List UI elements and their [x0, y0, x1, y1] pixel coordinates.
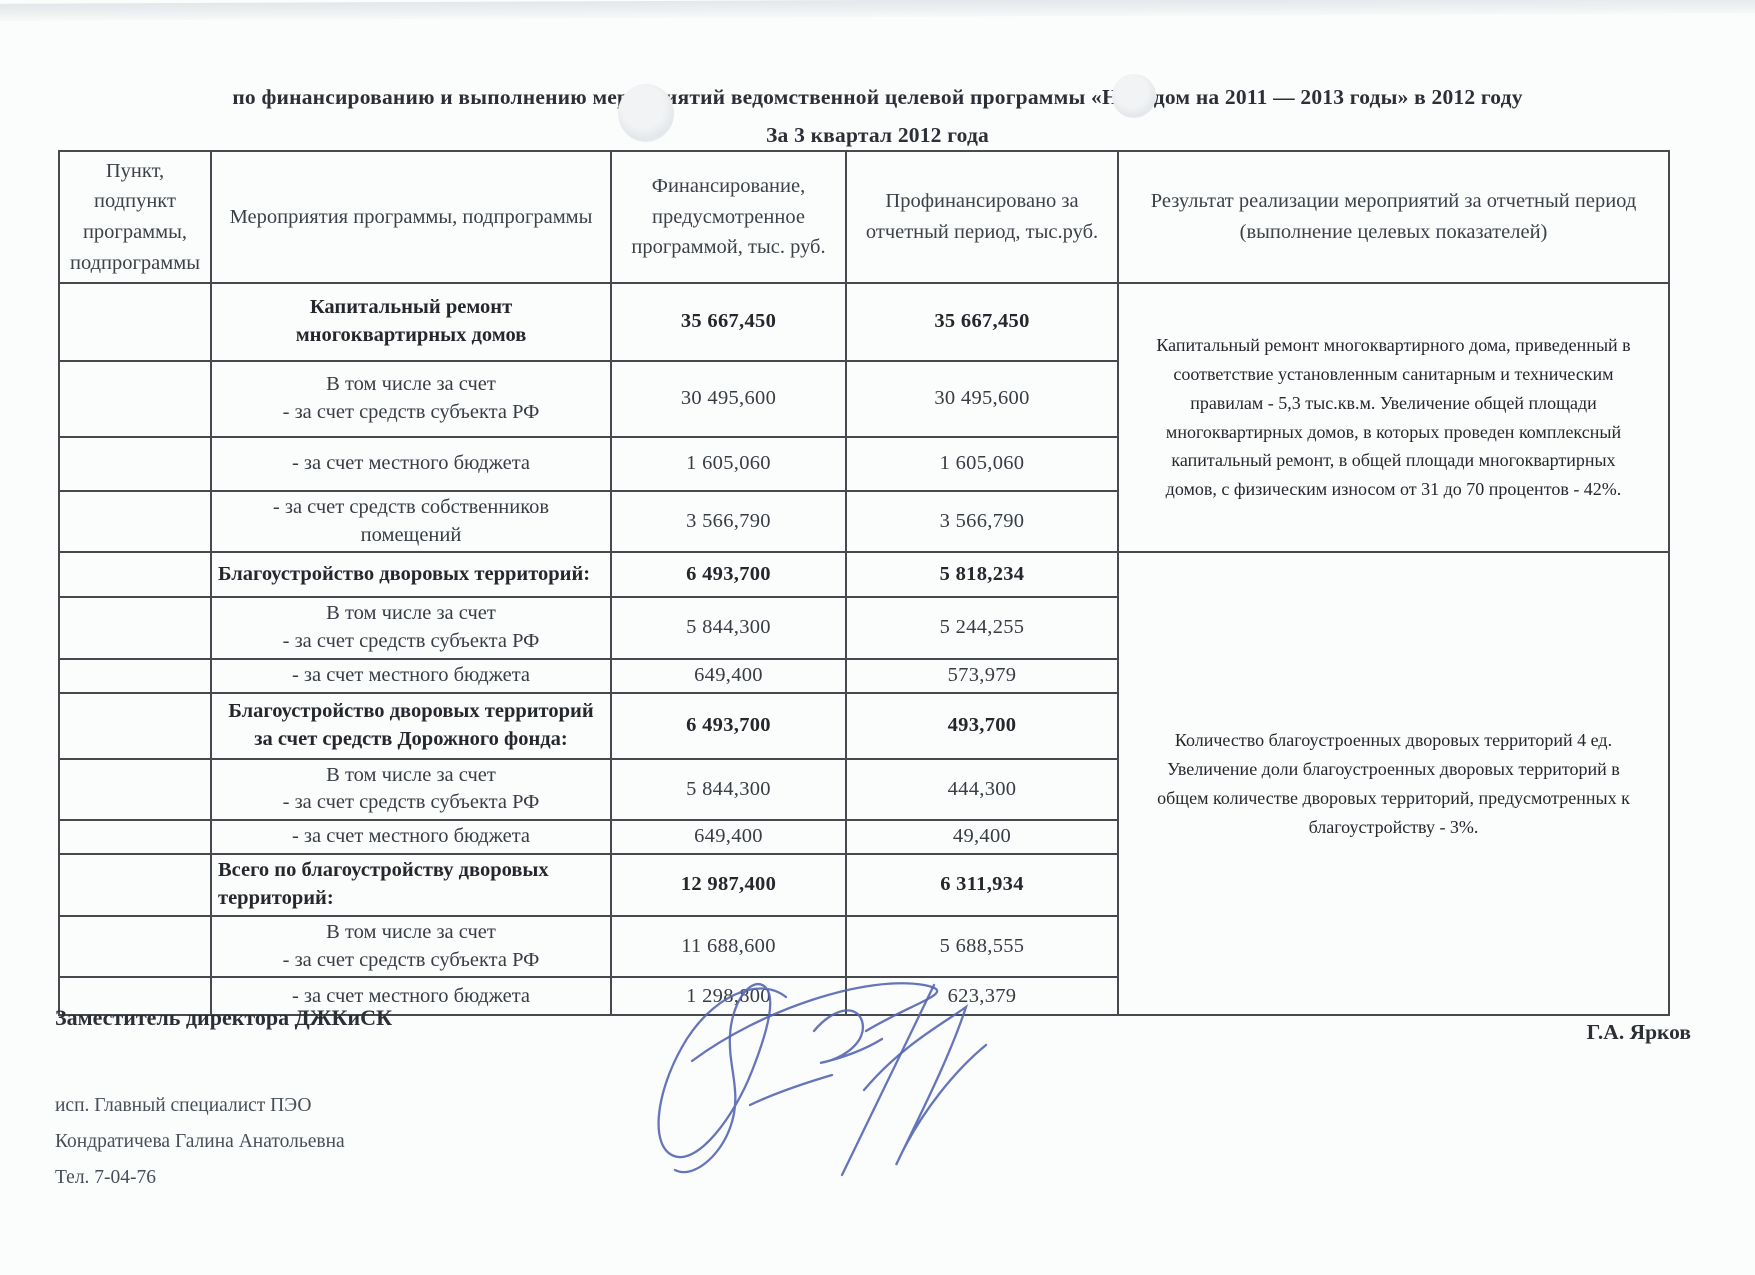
activity-cell: В том числе за счет - за счет средств су…	[211, 759, 611, 820]
planned-cell: 11 688,600	[611, 916, 846, 977]
item-cell	[59, 693, 211, 759]
executor-title: исп. Главный специалист ПЭО	[55, 1088, 345, 1124]
item-cell	[59, 854, 211, 916]
result-cell: Количество благоустроенных дворовых терр…	[1118, 552, 1669, 1015]
result-cell: Капитальный ремонт многоквартирного дома…	[1118, 283, 1669, 552]
planned-cell: 1 298,800	[611, 977, 846, 1015]
planned-cell: 30 495,600	[611, 361, 846, 437]
scanned-report-page: { "header": { "title_line1": "по финанси…	[0, 0, 1755, 1275]
activity-cell: Капитальный ремонт многоквартирных домов	[211, 283, 611, 361]
item-cell	[59, 491, 211, 552]
table-row: Капитальный ремонт многоквартирных домов…	[59, 283, 1669, 361]
financed-cell: 6 311,934	[846, 854, 1118, 916]
activity-cell: Всего по благоустройству дворовых террит…	[211, 854, 611, 916]
hole-punch-icon	[1112, 74, 1156, 118]
activity-cell: - за счет местного бюджета	[211, 820, 611, 854]
executor-phone: Тел. 7-04-76	[55, 1160, 345, 1196]
activity-cell: В том числе за счет - за счет средств су…	[211, 361, 611, 437]
activity-cell: В том числе за счет - за счет средств су…	[211, 597, 611, 658]
planned-cell: 35 667,450	[611, 283, 846, 361]
planned-cell: 6 493,700	[611, 552, 846, 597]
activity-cell: Благоустройство дворовых территорий за с…	[211, 693, 611, 759]
signer-role-label: Заместитель директора ДЖКиСК	[55, 1005, 392, 1031]
executor-block: исп. Главный специалист ПЭО Кондратичева…	[55, 1088, 345, 1196]
planned-cell: 3 566,790	[611, 491, 846, 552]
planned-cell: 649,400	[611, 659, 846, 693]
financed-cell: 493,700	[846, 693, 1118, 759]
planned-cell: 1 605,060	[611, 437, 846, 491]
column-header-result: Результат реализации мероприятий за отче…	[1118, 151, 1669, 283]
planned-cell: 12 987,400	[611, 854, 846, 916]
table-row: Благоустройство дворовых территорий: 6 4…	[59, 552, 1669, 597]
activity-cell: Благоустройство дворовых территорий:	[211, 552, 611, 597]
financed-cell: 49,400	[846, 820, 1118, 854]
item-cell	[59, 759, 211, 820]
column-header-item: Пункт, подпункт программы, подпрограммы	[59, 151, 211, 283]
table-header-row: Пункт, подпункт программы, подпрограммы …	[59, 151, 1669, 283]
financed-cell: 35 667,450	[846, 283, 1118, 361]
activity-cell: - за счет местного бюджета	[211, 437, 611, 491]
planned-cell: 5 844,300	[611, 597, 846, 658]
item-cell	[59, 597, 211, 658]
activity-cell: - за счет местного бюджета	[211, 659, 611, 693]
item-cell	[59, 361, 211, 437]
signer-name-label: Г.А. Ярков	[1587, 1020, 1691, 1045]
planned-cell: 649,400	[611, 820, 846, 854]
activity-cell: В том числе за счет - за счет средств су…	[211, 916, 611, 977]
scan-edge-artifact	[0, 0, 1755, 21]
hole-punch-icon	[618, 84, 674, 142]
activity-cell: - за счет средств собственников помещени…	[211, 491, 611, 552]
item-cell	[59, 820, 211, 854]
column-header-financed: Профинансировано за отчетный период, тыс…	[846, 151, 1118, 283]
document-title: по финансированию и выполнению мероприят…	[0, 78, 1755, 154]
document-title-line2: За 3 квартал 2012 года	[0, 116, 1755, 154]
planned-cell: 5 844,300	[611, 759, 846, 820]
financed-cell: 5 688,555	[846, 916, 1118, 977]
financed-cell: 30 495,600	[846, 361, 1118, 437]
planned-cell: 6 493,700	[611, 693, 846, 759]
financed-cell: 5 244,255	[846, 597, 1118, 658]
financed-cell: 3 566,790	[846, 491, 1118, 552]
financed-cell: 1 605,060	[846, 437, 1118, 491]
financed-cell: 5 818,234	[846, 552, 1118, 597]
executor-name: Кондратичева Галина Анатольевна	[55, 1124, 345, 1160]
document-title-line1: по финансированию и выполнению мероприят…	[0, 78, 1755, 116]
item-cell	[59, 659, 211, 693]
column-header-planned: Финансирование, предусмотренное программ…	[611, 151, 846, 283]
column-header-activity: Мероприятия программы, подпрограммы	[211, 151, 611, 283]
item-cell	[59, 283, 211, 361]
item-cell	[59, 552, 211, 597]
financing-report-table: Пункт, подпункт программы, подпрограммы …	[58, 150, 1670, 1016]
financed-cell: 573,979	[846, 659, 1118, 693]
financed-cell: 623,379	[846, 977, 1118, 1015]
item-cell	[59, 916, 211, 977]
item-cell	[59, 437, 211, 491]
financed-cell: 444,300	[846, 759, 1118, 820]
